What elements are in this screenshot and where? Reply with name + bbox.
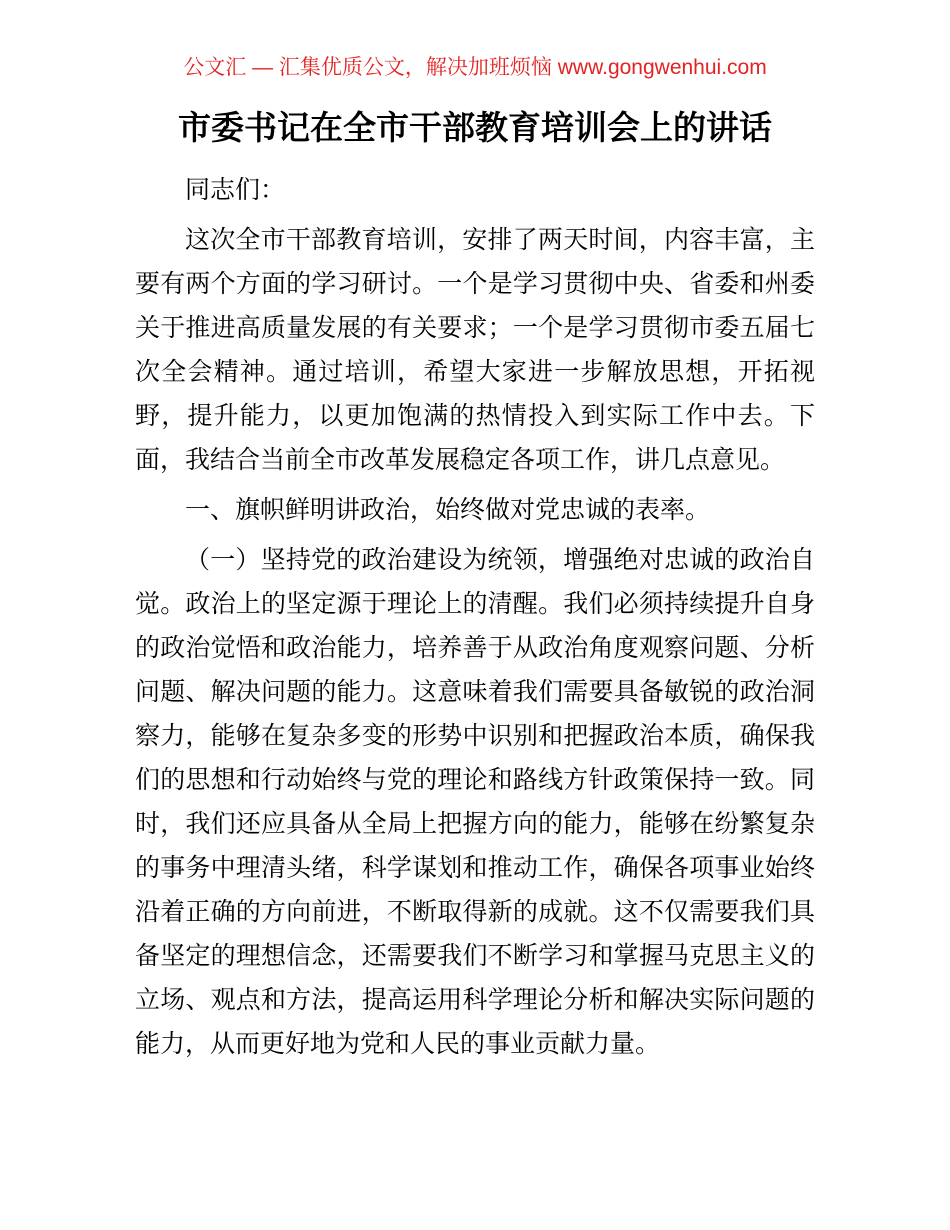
salutation: 同志们：	[135, 168, 815, 212]
section-1-paragraph: （一）坚持党的政治建设为统领，增强绝对忠诚的政治自觉。政治上的坚定源于理论上的清…	[135, 538, 815, 1066]
document-page: 公文汇 — 汇集优质公文，解决加班烦恼 www.gongwenhui.com 市…	[0, 0, 950, 1230]
site-watermark: 公文汇 — 汇集优质公文，解决加班烦恼 www.gongwenhui.com	[135, 54, 815, 82]
intro-paragraph: 这次全市干部教育培训，安排了两天时间，内容丰富，主要有两个方面的学习研讨。一个是…	[135, 218, 815, 482]
document-title: 市委书记在全市干部教育培训会上的讲话	[135, 106, 815, 150]
section-1-heading: 一、旗帜鲜明讲政治，始终做对党忠诚的表率。	[135, 488, 815, 532]
